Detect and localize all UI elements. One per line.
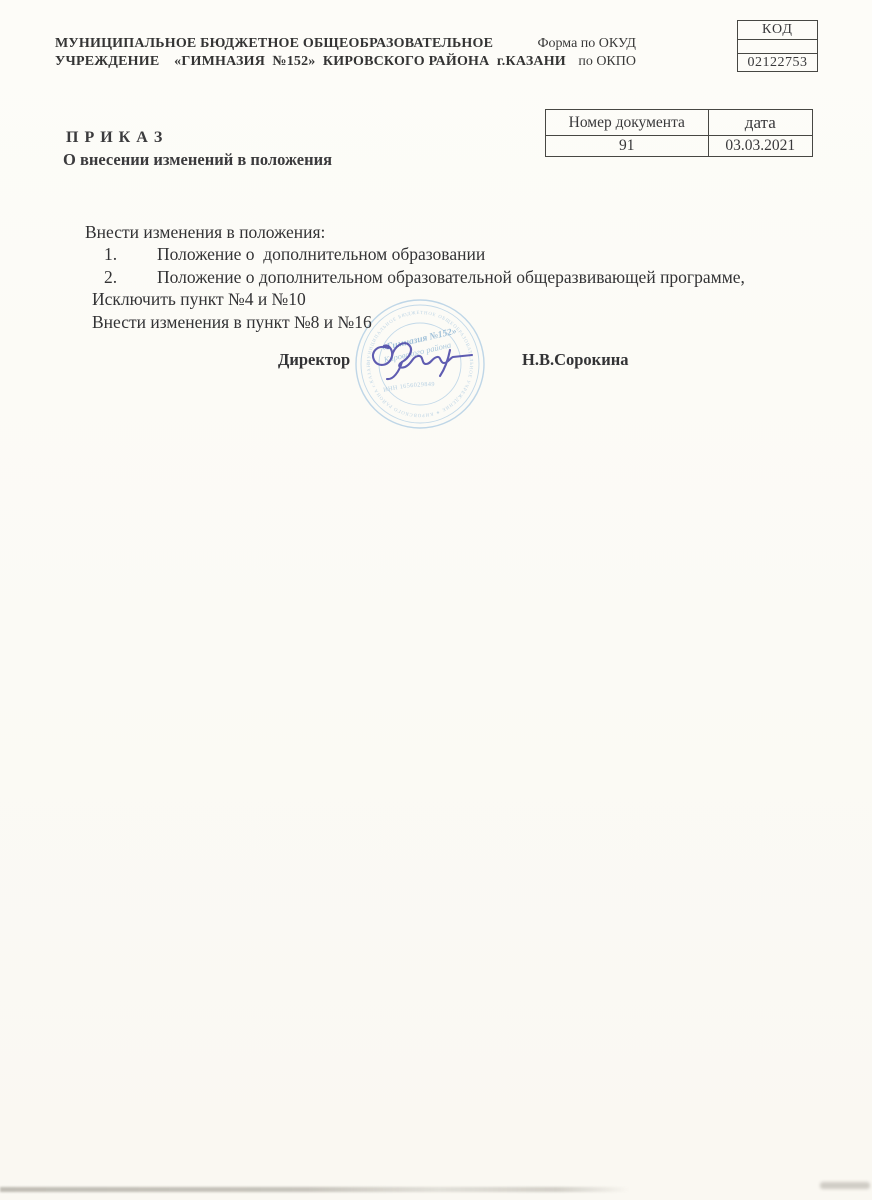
list-item-2-text: Положение о дополнительном образовательн…	[157, 267, 745, 288]
code-okpo-value-cell: 02122753	[738, 54, 818, 72]
org-name-line2: УЧРЕЖДЕНИЕ «ГИМНАЗИЯ №152» КИРОВСКОГО РА…	[55, 54, 566, 70]
body-line-exclude-items: Исключить пункт №4 и №10	[92, 289, 306, 310]
form-okpo-label: по ОКПО	[518, 53, 636, 71]
code-table-header-cell: КОД	[738, 21, 818, 40]
doc-number-value-cell: 91	[546, 136, 709, 157]
code-okud-value-cell	[738, 40, 818, 54]
corner-scan-shadow	[820, 1182, 870, 1189]
form-okud-label: Форма по ОКУД	[518, 35, 636, 53]
list-item-1-number: 1.	[104, 244, 117, 265]
doc-date-value-cell: 03.03.2021	[708, 136, 812, 157]
bottom-scan-shadow	[0, 1187, 732, 1192]
doc-number-header-cell: Номер документа	[546, 110, 709, 136]
director-name-label: Н.В.Сорокина	[522, 350, 628, 370]
scanned-order-document-page: МУНИЦИПАЛЬНОЕ БЮДЖЕТНОЕ ОБЩЕОБРАЗОВАТЕЛЬ…	[0, 0, 872, 1200]
list-item-2-number: 2.	[104, 267, 117, 288]
form-code-labels: Форма по ОКУД по ОКПО	[518, 35, 636, 71]
body-intro: Внести изменения в положения:	[85, 222, 325, 243]
doc-date-header-cell: дата	[708, 110, 812, 136]
list-item-1-text: Положение о дополнительном образовании	[157, 244, 485, 265]
handwritten-signature	[366, 338, 478, 384]
code-table: КОД 02122753	[737, 20, 818, 72]
signature-ink-path	[373, 343, 472, 379]
director-title-label: Директор	[278, 350, 350, 370]
doc-info-table: Номер документа дата 91 03.03.2021	[545, 109, 813, 157]
order-title: П Р И К А З	[66, 129, 163, 147]
body-line-amend-items: Внести изменения в пункт №8 и №16	[92, 312, 372, 333]
order-subject: О внесении изменений в положения	[63, 150, 332, 170]
org-name-line1: МУНИЦИПАЛЬНОЕ БЮДЖЕТНОЕ ОБЩЕОБРАЗОВАТЕЛЬ…	[55, 36, 493, 52]
